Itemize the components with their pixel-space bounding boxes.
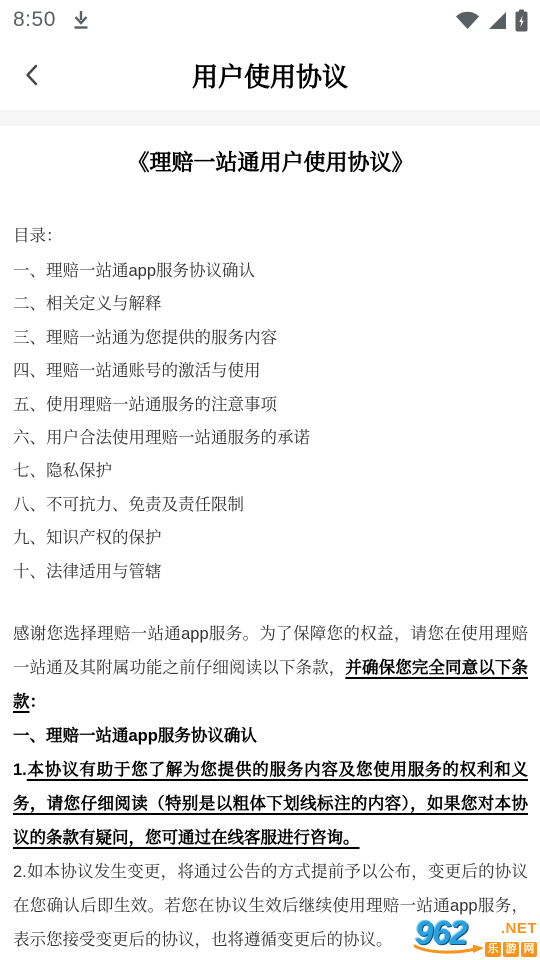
status-bar-left: 8:50 — [13, 8, 91, 32]
intro-paragraph: 感谢您选择理赔一站通app服务。为了保障您的权益，请您在使用理赔一站通及其附属功… — [13, 617, 528, 719]
watermark-name-char: 乐 — [485, 942, 501, 957]
battery-charging-icon — [515, 9, 528, 32]
watermark-net-text: .NET — [501, 920, 537, 937]
status-bar-right — [455, 9, 528, 32]
toc-item: 六、用户合法使用理赔一站通服务的承诺 — [13, 422, 528, 455]
title-bar: 用户使用协议 — [0, 40, 540, 110]
toc-item: 三、理赔一站通为您提供的服务内容 — [13, 322, 528, 355]
toc-item: 四、理赔一站通账号的激活与使用 — [13, 355, 528, 388]
paragraph-1-emphasis-text: 本协议有助于您了解为您提供的服务内容及您使用服务的权利和义务，请您仔细阅读（特别… — [13, 761, 528, 847]
agreement-scroll-area[interactable]: 《理赔一站通用户使用协议》 目录： 一、理赔一站通app服务协议确认 二、相关定… — [0, 126, 540, 957]
back-chevron-icon — [25, 64, 38, 86]
watermark-site-name: 乐 游 网 — [485, 942, 537, 957]
962net-watermark-logo: 962 .NET 乐 游 网 — [410, 918, 540, 960]
table-of-contents: 一、理赔一站通app服务协议确认 二、相关定义与解释 三、理赔一站通为您提供的服… — [13, 255, 528, 589]
cellular-signal-icon — [487, 10, 508, 30]
status-time: 8:50 — [13, 8, 56, 32]
wifi-icon — [455, 10, 480, 30]
toc-item: 七、隐私保护 — [13, 455, 528, 488]
app-screen: 8:50 — [0, 0, 540, 960]
section-1-paragraph-1: 1.本协议有助于您了解为您提供的服务内容及您使用服务的权利和义务，请您仔细阅读（… — [13, 753, 528, 855]
paragraph-number: 1. — [13, 761, 27, 779]
back-button[interactable] — [18, 62, 44, 88]
download-icon — [71, 9, 91, 31]
toc-item: 八、不可抗力、免责及责任限制 — [13, 489, 528, 522]
toc-item: 九、知识产权的保护 — [13, 522, 528, 555]
watermark-name-char: 网 — [521, 942, 537, 957]
document-title: 《理赔一站通用户使用协议》 — [13, 148, 528, 178]
intro-colon: ： — [30, 693, 47, 711]
toc-item: 十、法律适用与管辖 — [13, 556, 528, 589]
status-bar: 8:50 — [0, 0, 540, 40]
toc-item: 一、理赔一站通app服务协议确认 — [13, 255, 528, 288]
header-divider — [0, 110, 540, 126]
watermark-name-char: 游 — [503, 942, 519, 957]
page-title: 用户使用协议 — [192, 57, 348, 94]
toc-label: 目录： — [13, 224, 528, 248]
watermark-swoosh-icon — [413, 941, 485, 955]
toc-item: 五、使用理赔一站通服务的注意事项 — [13, 389, 528, 422]
section-1-heading: 一、理赔一站通app服务协议确认 — [13, 719, 528, 753]
toc-item: 二、相关定义与解释 — [13, 288, 528, 321]
